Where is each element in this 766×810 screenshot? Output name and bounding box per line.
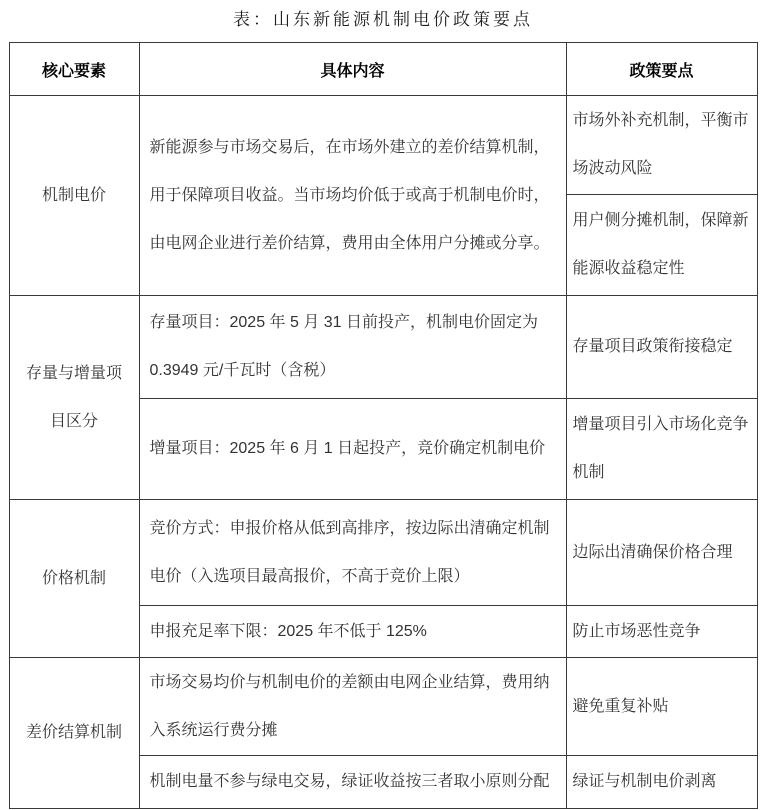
policy-table: 核心要素 具体内容 政策要点 机制电价 新能源参与市场交易后，在市场外建立的差价…: [9, 42, 758, 809]
header-cell-policy-points: 政策要点: [566, 43, 757, 96]
content-cell: 新能源参与市场交易后，在市场外建立的差价结算机制，用于保障项目收益。当市场均价低…: [139, 96, 566, 296]
row-label-price-mechanism: 价格机制: [9, 500, 139, 658]
table-row: 机制电价 新能源参与市场交易后，在市场外建立的差价结算机制，用于保障项目收益。当…: [9, 96, 757, 195]
point-cell: 防止市场恶性竞争: [566, 606, 757, 658]
row-label-settlement-mechanism: 差价结算机制: [9, 658, 139, 809]
point-cell: 绿证与机制电价剥离: [566, 756, 757, 809]
point-cell: 避免重复补贴: [566, 658, 757, 756]
content-cell: 存量项目：2025 年 5 月 31 日前投产，机制电价固定为 0.3949 元…: [139, 296, 566, 399]
point-cell: 市场外补充机制，平衡市场波动风险: [566, 96, 757, 195]
point-cell: 存量项目政策衔接稳定: [566, 296, 757, 399]
content-cell: 增量项目：2025 年 6 月 1 日起投产，竞价确定机制电价: [139, 399, 566, 500]
header-row: 核心要素 具体内容 政策要点: [9, 43, 757, 96]
point-cell: 边际出清确保价格合理: [566, 500, 757, 606]
table-row: 差价结算机制 市场交易均价与机制电价的差额由电网企业结算，费用纳入系统运行费分摊…: [9, 658, 757, 756]
row-label-stock-incremental: 存量与增量项目区分: [9, 296, 139, 500]
content-cell: 竞价方式：申报价格从低到高排序，按边际出清确定机制电价（入选项目最高报价，不高于…: [139, 500, 566, 606]
document-page: 表：山东新能源机制电价政策要点 核心要素 具体内容 政策要点 机制电价 新能源参…: [0, 0, 766, 810]
content-cell: 机制电量不参与绿电交易，绿证收益按三者取小原则分配: [139, 756, 566, 809]
content-cell: 市场交易均价与机制电价的差额由电网企业结算，费用纳入系统运行费分摊: [139, 658, 566, 756]
header-cell-details: 具体内容: [139, 43, 566, 96]
table-title: 表：山东新能源机制电价政策要点: [0, 8, 766, 32]
point-cell: 增量项目引入市场化竞争机制: [566, 399, 757, 500]
content-cell: 申报充足率下限：2025 年不低于 125%: [139, 606, 566, 658]
table-row: 存量与增量项目区分 存量项目：2025 年 5 月 31 日前投产，机制电价固定…: [9, 296, 757, 399]
point-cell: 用户侧分摊机制，保障新能源收益稳定性: [566, 195, 757, 296]
header-cell-core-element: 核心要素: [9, 43, 139, 96]
row-label-mechanism-price: 机制电价: [9, 96, 139, 296]
table-row: 价格机制 竞价方式：申报价格从低到高排序，按边际出清确定机制电价（入选项目最高报…: [9, 500, 757, 606]
